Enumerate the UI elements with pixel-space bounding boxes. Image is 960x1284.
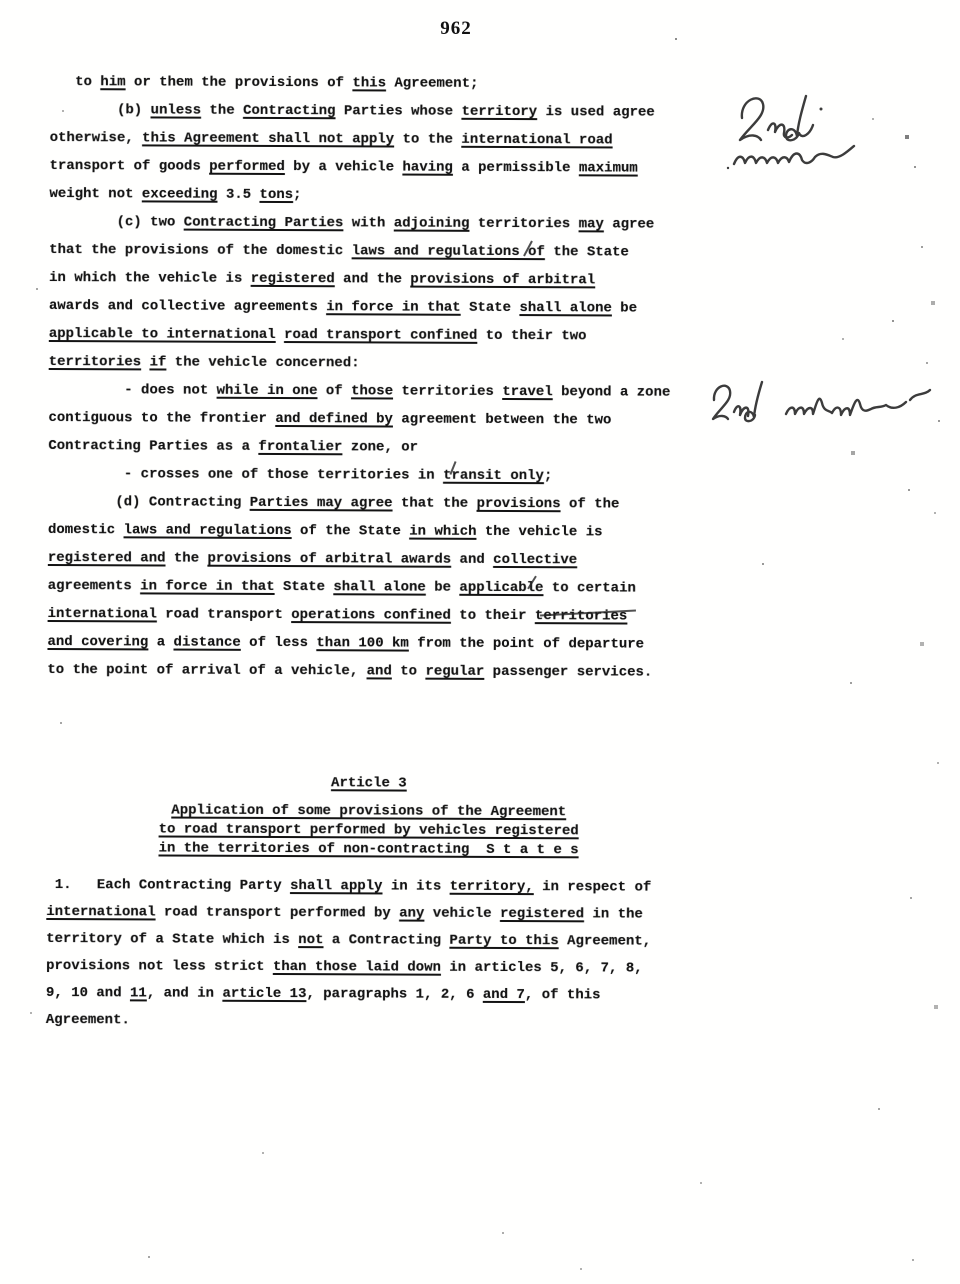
underlined-text: any: [399, 906, 424, 922]
article-heading: Article 3: [331, 769, 407, 797]
underlined-text: unless: [151, 102, 201, 118]
underlined-text: this Agreement shall not apply: [142, 130, 394, 147]
underlined-text: in force in that: [326, 299, 460, 316]
typed-line: applicable to international road transpo…: [49, 320, 693, 351]
underlined-text: territory,: [450, 879, 534, 895]
underlined-text: shall alone: [519, 300, 611, 316]
typed-line: provisions not less strict than those la…: [46, 953, 690, 983]
handwriting-stroke: [786, 399, 906, 415]
article-title: Application of some provisions of the Ag…: [47, 801, 691, 861]
underlined-text: and covering: [47, 634, 148, 650]
underlined-text: maximum: [579, 160, 638, 176]
handwriting-stroke: [734, 146, 854, 164]
typed-text: to him or them the provisions of this Ag…: [46, 68, 694, 1037]
underlined-text: distance: [174, 635, 241, 651]
article-heading-block: Article 3 Application of some provisions…: [47, 768, 691, 861]
underlined-text: may: [579, 216, 604, 232]
underlined-text: provisions: [477, 496, 561, 512]
underlined-text: registered and: [48, 550, 166, 567]
underlined-text: travel: [502, 384, 552, 400]
typed-line: Contracting Parties as a frontalier zone…: [48, 432, 692, 463]
underlined-text: road transport confined: [284, 327, 477, 344]
handwriting-stroke: [786, 96, 813, 140]
typed-line: (d) Contracting Parties may agree that t…: [48, 488, 692, 519]
underlined-text: Party to this: [449, 933, 558, 949]
underlined-text: and: [367, 663, 392, 679]
underlined-text: territory: [461, 104, 537, 120]
handwritten-margin-note-2: [700, 372, 950, 430]
typed-line: that the provisions of the domestic laws…: [49, 236, 693, 267]
underlined-text: while in one: [217, 383, 318, 399]
typed-line: otherwise, this Agreement shall not appl…: [50, 124, 694, 155]
scan-noise: [0, 0, 2, 2]
handwriting-dot: [727, 167, 729, 169]
underlined-text: tons: [259, 187, 293, 203]
underlined-text: exceeding: [142, 186, 218, 202]
handwriting-dot: [820, 108, 823, 111]
underlined-text: 11: [130, 985, 147, 1001]
underlined-text: regular: [425, 664, 484, 680]
underlined-text: Contracting: [243, 103, 335, 119]
typed-line: awards and collective agreements in forc…: [49, 292, 693, 323]
underlined-text: performed: [209, 159, 285, 175]
typed-line: and covering a distance of less than 100…: [47, 628, 691, 659]
underlined-text: international: [48, 606, 157, 622]
typed-line: registered and the provisions of arbitra…: [48, 544, 692, 575]
typed-line: - crosses one of those territories in tr…: [48, 460, 692, 491]
underlined-text: territories: [49, 354, 141, 370]
underlined-text: registered: [500, 906, 584, 922]
underlined-text: provisions of arbitral: [410, 272, 595, 289]
paragraph-1: 1. Each Contracting Party shall apply in…: [46, 872, 691, 1037]
typed-line: territory of a State which is not a Cont…: [46, 926, 690, 956]
handwriting-stroke: [910, 390, 930, 400]
typed-line: in which the vehicle is registered and t…: [49, 264, 693, 295]
underlined-text: shall apply: [290, 878, 382, 894]
underlined-text: having: [402, 160, 452, 176]
underlined-text: applicable to international: [49, 326, 276, 343]
typed-line: 1. Each Contracting Party shall apply in…: [46, 872, 690, 902]
typed-line: agreements in force in that State shall …: [48, 572, 692, 603]
underlined-text: adjoining: [394, 216, 470, 232]
underlined-text: than those laid down: [273, 959, 441, 976]
typed-line: Agreement.: [46, 1007, 690, 1037]
typed-line: to the point of arrival of a vehicle, an…: [47, 656, 691, 687]
underlined-text: Contracting Parties: [184, 215, 344, 232]
scanned-document-page: 962 to him or them the provisions of thi…: [0, 0, 960, 1284]
typed-line: international road transport operations …: [48, 600, 692, 631]
typed-line: (b) unless the Contracting Parties whose…: [50, 96, 694, 127]
typed-line: contiguous to the frontier and defined b…: [48, 404, 692, 435]
typed-line: transport of goods performed by a vehicl…: [50, 152, 694, 183]
underlined-text: article 13: [222, 986, 306, 1002]
underlined-text: those: [351, 383, 393, 399]
underlined-text: him: [100, 74, 125, 90]
underlined-text: international road: [461, 132, 612, 149]
underlined-text: and defined by: [275, 411, 393, 428]
underlined-text: shall alone: [333, 579, 425, 595]
page-number: 962: [0, 18, 912, 40]
underlined-text: collective: [493, 552, 577, 568]
underlined-text: in force in that: [140, 578, 274, 595]
body-text: to him or them the provisions of this Ag…: [47, 68, 694, 687]
underlined-text: laws and regulations of: [352, 243, 545, 260]
underlined-text: in which: [409, 524, 476, 540]
typed-line: territories if the vehicle concerned:: [49, 348, 693, 379]
underlined-text: this: [352, 75, 386, 91]
handwriting-stroke: [740, 98, 763, 140]
underlined-text: if: [150, 354, 167, 370]
typed-line: international road transport performed b…: [46, 899, 690, 929]
underlined-text: transit only: [443, 468, 544, 484]
typed-line: (c) two Contracting Parties with adjoini…: [49, 208, 693, 239]
underlined-text: operations confined: [291, 607, 451, 624]
typed-line: in the territories of non-contracting S …: [47, 839, 691, 861]
underlined-text: provisions of arbitral awards: [207, 551, 451, 568]
handwriting-stroke: [713, 386, 730, 419]
underlined-text: and 7: [483, 987, 525, 1003]
typed-line: 9, 10 and 11, and in article 13, paragra…: [46, 980, 690, 1010]
underlined-text: frontalier: [258, 439, 342, 455]
handwritten-margin-note-1: [720, 78, 900, 178]
underlined-text: laws and regulations: [124, 522, 292, 539]
underlined-text: Parties may agree: [250, 495, 393, 512]
underlined-text: than 100 km: [316, 635, 408, 651]
typed-line: weight not exceeding 3.5 tons;: [49, 180, 693, 211]
underlined-text: registered: [251, 271, 335, 287]
underlined-text: international: [46, 904, 155, 920]
typed-line: domestic laws and regulations of the Sta…: [48, 516, 692, 547]
underlined-text: not: [298, 932, 323, 948]
typed-line: - does not while in one of those territo…: [49, 376, 693, 407]
typed-line: to him or them the provisions of this Ag…: [50, 68, 694, 99]
